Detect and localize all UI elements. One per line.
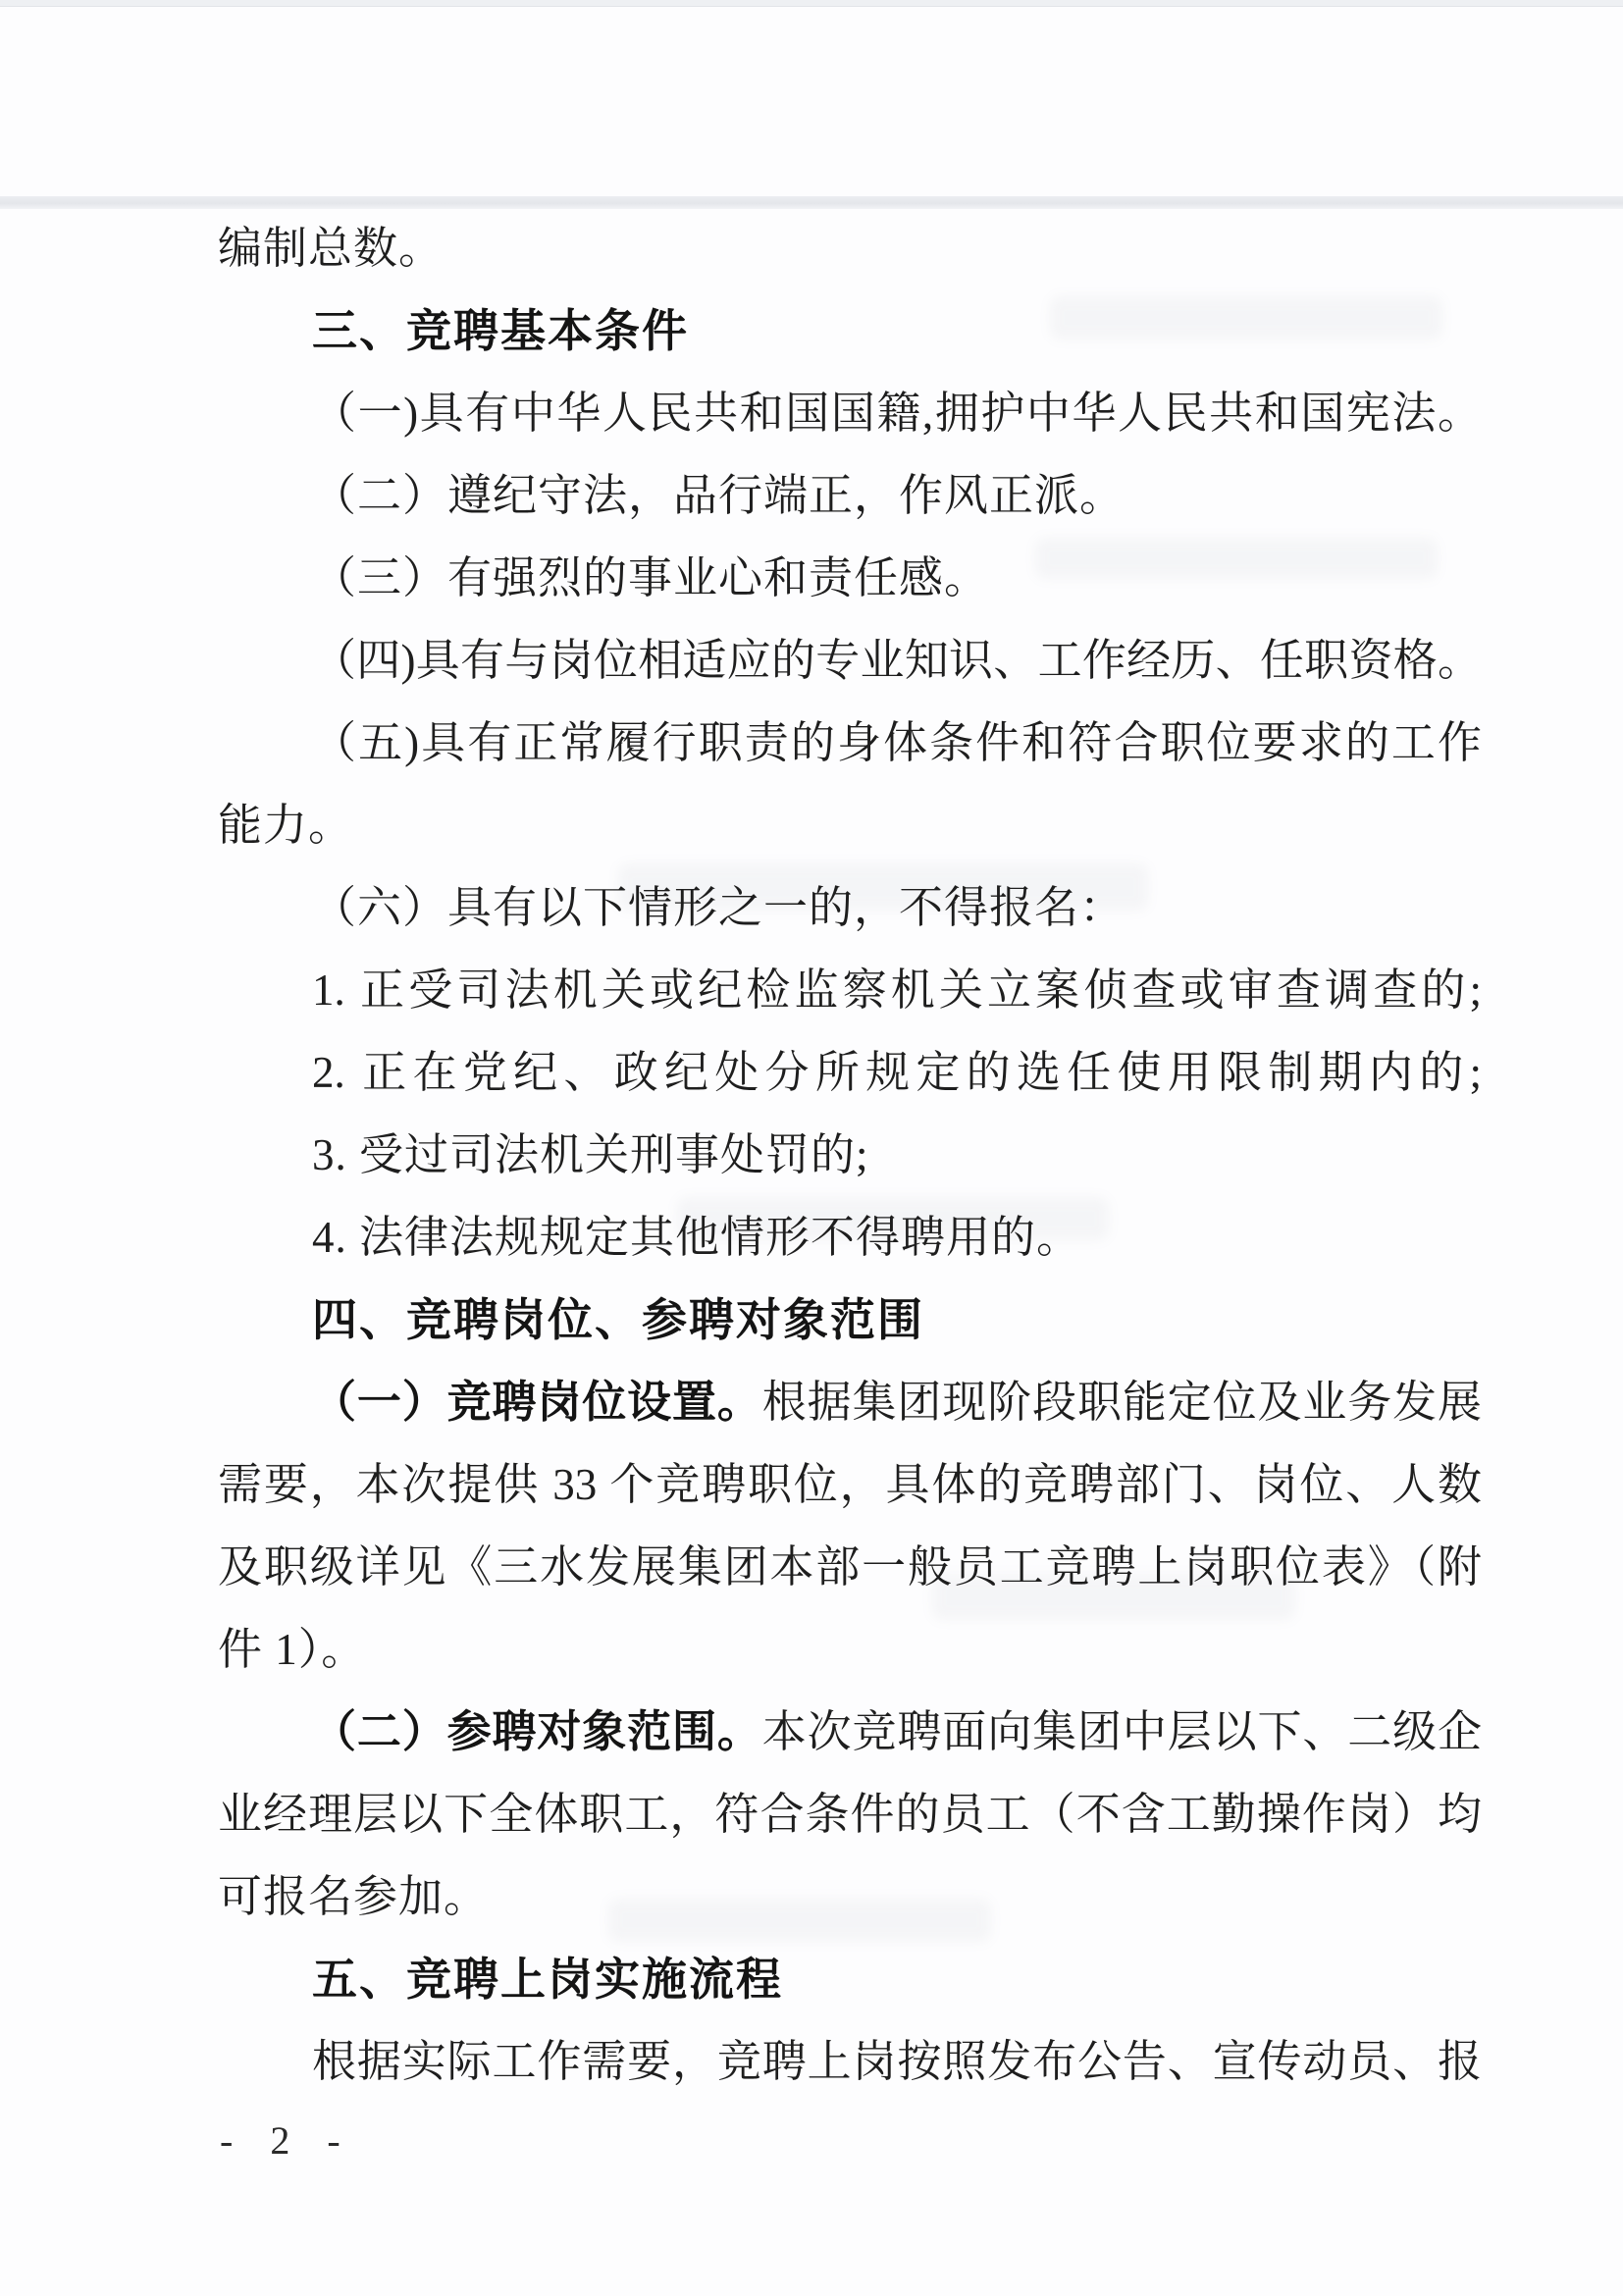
- document-page: 编制总数。三、竞聘基本条件（一)具有中华人民共和国国籍,拥护中华人民共和国宪法。…: [0, 0, 1623, 2296]
- page-number: - 2 -: [220, 2117, 354, 2164]
- text-line: （四)具有与岗位相适应的专业知识、工作经历、任职资格。: [218, 619, 1482, 702]
- text-line: 及职级详见《三水发展集团本部一般员工竞聘上岗职位表》（附: [218, 1526, 1482, 1608]
- text-line: 1. 正受司法机关或纪检监察机关立案侦查或审查调查的;: [218, 949, 1482, 1031]
- section-heading: 三、竞聘基本条件: [218, 289, 1482, 372]
- text-line: 2. 正在党纪、政纪处分所规定的选任使用限制期内的;: [218, 1031, 1482, 1114]
- scan-top-edge-artifact: [0, 0, 1623, 7]
- text-block: 编制总数。三、竞聘基本条件（一)具有中华人民共和国国籍,拥护中华人民共和国宪法。…: [218, 207, 1482, 2103]
- text-line: （五)具有正常履行职责的身体条件和符合职位要求的工作: [218, 702, 1482, 784]
- section-heading: 四、竞聘岗位、参聘对象范围: [218, 1278, 1482, 1361]
- section-heading: 五、竞聘上岗实施流程: [218, 1938, 1482, 2020]
- text-line: 需要，本次提供 33 个竞聘职位，具体的竞聘部门、岗位、人数: [218, 1443, 1482, 1526]
- text-line: 件 1）。: [218, 1608, 1482, 1691]
- text-line: 4. 法律法规规定其他情形不得聘用的。: [218, 1196, 1482, 1278]
- text-line: 能力。: [218, 784, 1482, 866]
- text-line: （六）具有以下情形之一的，不得报名：: [218, 866, 1482, 949]
- text-line: （二）参聘对象范围。本次竞聘面向集团中层以下、二级企: [218, 1691, 1482, 1773]
- text-line: 根据实际工作需要，竞聘上岗按照发布公告、宣传动员、报: [218, 2020, 1482, 2103]
- text-line: 3. 受过司法机关刑事处罚的;: [218, 1114, 1482, 1196]
- text-line: （二）遵纪守法，品行端正，作风正派。: [218, 454, 1482, 537]
- text-line: 编制总数。: [218, 207, 1482, 289]
- text-line: （一）竞聘岗位设置。根据集团现阶段职能定位及业务发展: [218, 1361, 1482, 1443]
- text-line: （一)具有中华人民共和国国籍,拥护中华人民共和国宪法。: [218, 372, 1482, 454]
- bold-lead: （一）竞聘岗位设置。: [312, 1377, 762, 1427]
- text-line: 业经理层以下全体职工，符合条件的员工（不含工勤操作岗）均: [218, 1773, 1482, 1855]
- bold-lead: （二）参聘对象范围。: [312, 1706, 762, 1756]
- text-line: 可报名参加。: [218, 1855, 1482, 1938]
- text-line: （三）有强烈的事业心和责任感。: [218, 537, 1482, 619]
